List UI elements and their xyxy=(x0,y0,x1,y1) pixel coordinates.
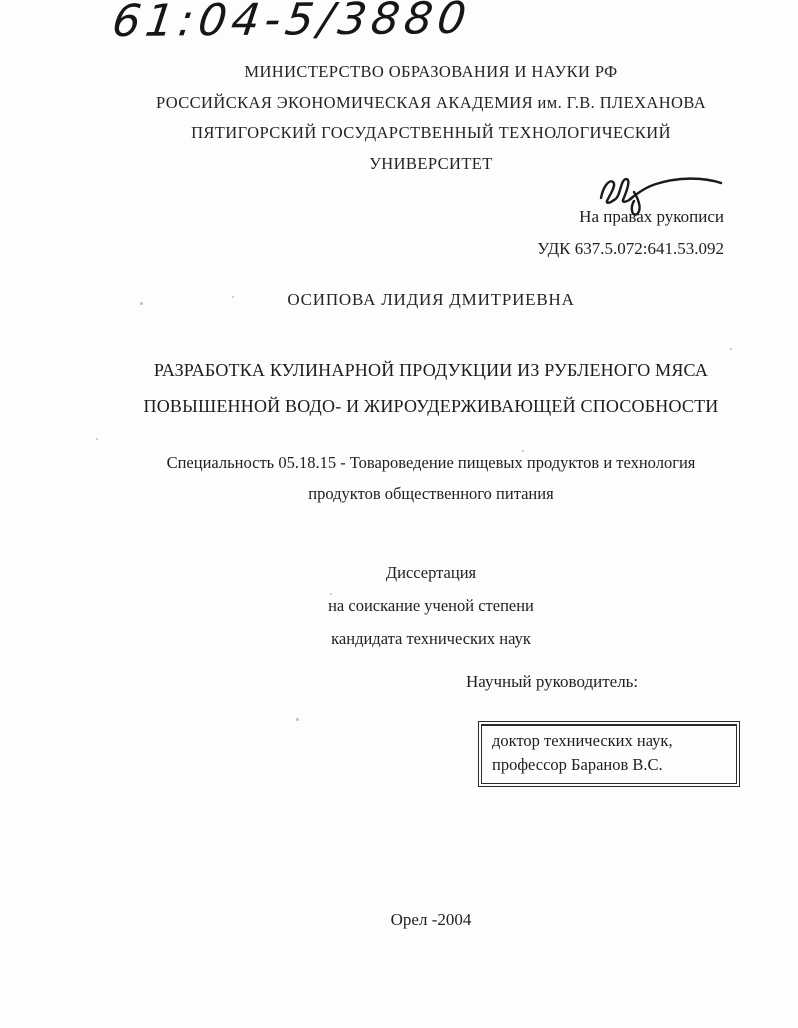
udc-code: УДК 637.5.072:641.53.092 xyxy=(537,233,724,265)
thesis-statement: Диссертация на соискание ученой степени … xyxy=(120,556,742,655)
academy-line: РОССИЙСКАЯ ЭКОНОМИЧЕСКАЯ АКАДЕМИЯ им. Г.… xyxy=(120,88,742,119)
noise-speck xyxy=(296,718,299,721)
thesis-line-1: Диссертация xyxy=(120,556,742,589)
city-year: Орел -2004 xyxy=(120,910,742,930)
noise-speck xyxy=(730,348,732,350)
supervisor-box-inner: доктор технических наук, профессор Баран… xyxy=(481,724,737,784)
noise-speck xyxy=(330,593,332,595)
title-line-2: ПОВЫШЕННОЙ ВОДО- И ЖИРОУДЕРЖИВАЮЩЕЙ СПОС… xyxy=(100,388,762,424)
supervisor-label: Научный руководитель: xyxy=(466,672,638,692)
specialty-line-2: продуктов общественного питания xyxy=(100,478,762,509)
ministry-line: МИНИСТЕРСТВО ОБРАЗОВАНИЯ И НАУКИ РФ xyxy=(120,57,742,88)
thesis-line-3: кандидата технических наук xyxy=(120,622,742,655)
supervisor-box: доктор технических наук, профессор Баран… xyxy=(478,721,740,787)
noise-speck xyxy=(140,302,143,305)
manuscript-note-block: На правах рукописи УДК 637.5.072:641.53.… xyxy=(537,201,724,265)
noise-speck xyxy=(522,450,524,452)
noise-speck xyxy=(232,296,234,298)
university-line-1: ПЯТИГОРСКИЙ ГОСУДАРСТВЕННЫЙ ТЕХНОЛОГИЧЕС… xyxy=(120,118,742,149)
supervisor-degree: доктор технических наук, xyxy=(492,729,726,753)
supervisor-name: профессор Баранов В.С. xyxy=(492,753,726,777)
handwritten-catalog-number: 61:04-5/3880 xyxy=(109,0,474,47)
specialty: Специальность 05.18.15 - Товароведение п… xyxy=(100,447,762,509)
dissertation-title-page: 61:04-5/3880 МИНИСТЕРСТВО ОБРАЗОВАНИЯ И … xyxy=(0,0,798,1028)
specialty-line-1: Специальность 05.18.15 - Товароведение п… xyxy=(100,447,762,478)
noise-speck xyxy=(552,370,554,372)
noise-speck xyxy=(96,438,98,440)
manuscript-note: На правах рукописи xyxy=(537,201,724,233)
dissertation-title: РАЗРАБОТКА КУЛИНАРНОЙ ПРОДУКЦИИ ИЗ РУБЛЕ… xyxy=(100,352,762,424)
title-line-1: РАЗРАБОТКА КУЛИНАРНОЙ ПРОДУКЦИИ ИЗ РУБЛЕ… xyxy=(100,352,762,388)
thesis-line-2: на соискание ученой степени xyxy=(120,589,742,622)
author-name: ОСИПОВА ЛИДИЯ ДМИТРИЕВНА xyxy=(120,290,742,310)
